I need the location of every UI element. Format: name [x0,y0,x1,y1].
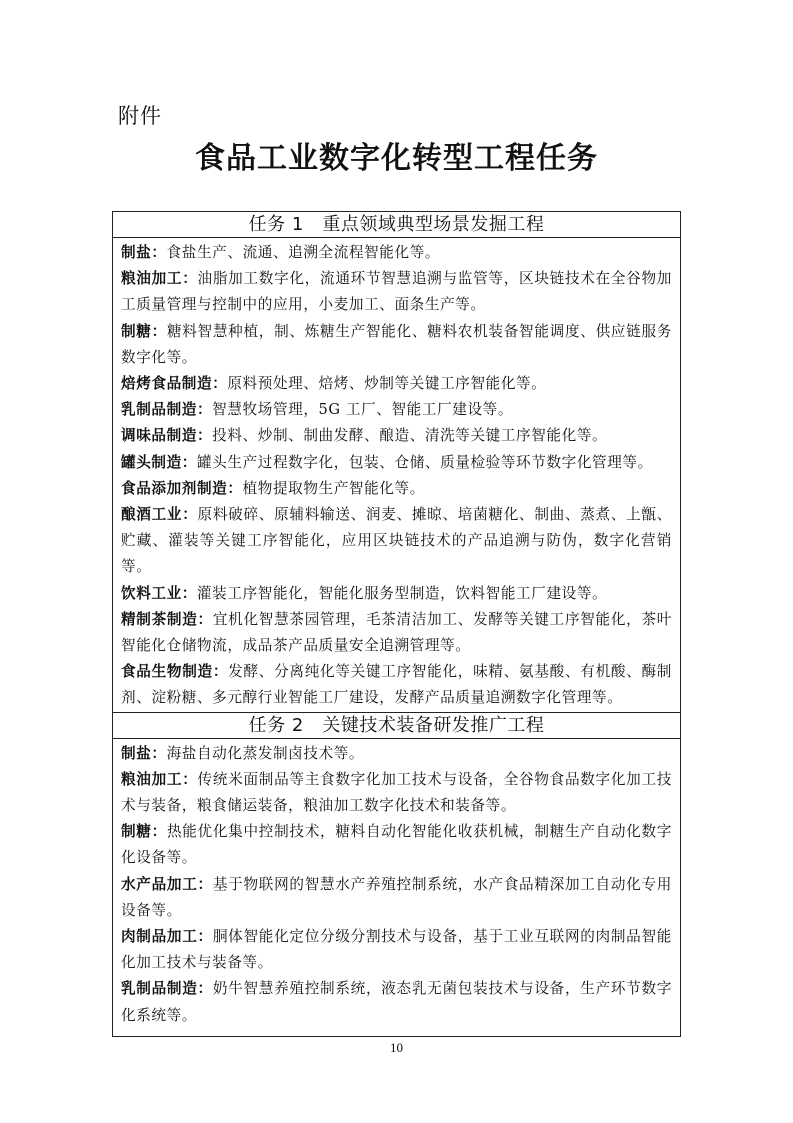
item-text: 原料破碎、原辅料输送、润麦、摊晾、培菌糖化、制曲、蒸煮、上甑、贮藏、灌装等关键工… [121,506,672,575]
task-2-header: 任务 2 关键技术装备研发推广工程 [113,712,680,739]
item-text: 罐头生产过程数字化，包装、仓储、质量检验等环节数字化管理等。 [197,454,653,471]
task-item: 肉制品加工：胴体智能化定位分级分割技术与设备，基于工业互联网的肉制品智能化加工技… [121,924,672,976]
item-label: 食品添加剂制造： [121,480,243,497]
task-1-header: 任务 1 重点领域典型场景发掘工程 [113,212,680,238]
item-text: 糖料智慧种植，制、炼糖生产智能化、糖料农机装备智能调度、供应链服务数字化等。 [121,323,672,366]
task-item: 调味品制造：投料、炒制、制曲发酵、酿造、清洗等关键工序智能化等。 [121,423,672,449]
task-1-content: 制盐：食盐生产、流通、追溯全流程智能化等。 粮油加工：油脂加工数字化，流通环节智… [113,238,680,712]
attachment-label: 附件 [118,100,162,130]
item-label: 粮油加工： [121,771,198,788]
task-item: 食品添加剂制造：植物提取物生产智能化等。 [121,476,672,502]
item-label: 肉制品加工： [121,928,213,945]
item-text: 海盐自动化蒸发制卤技术等。 [167,745,365,762]
item-label: 制盐： [121,745,167,762]
task-item: 制糖：热能优化集中控制技术，糖料自动化智能化收获机械，制糖生产自动化数字化设备等… [121,819,672,871]
task-item: 乳制品制造：奶牛智慧养殖控制系统，液态乳无菌包装技术与设备，生产环节数字化系统等… [121,976,672,1028]
item-label: 制盐： [121,244,167,261]
task-table: 任务 1 重点领域典型场景发掘工程 制盐：食盐生产、流通、追溯全流程智能化等。 … [112,211,681,1037]
task-item: 酿酒工业：原料破碎、原辅料输送、润麦、摊晾、培菌糖化、制曲、蒸煮、上甑、贮藏、灌… [121,502,672,581]
item-text: 食盐生产、流通、追溯全流程智能化等。 [167,244,441,261]
task-item: 食品生物制造：发酵、分离纯化等关键工序智能化，味精、氨基酸、有机酸、酶制剂、淀粉… [121,659,672,711]
task-item: 制盐：海盐自动化蒸发制卤技术等。 [121,741,672,767]
item-text: 热能优化集中控制技术，糖料自动化智能化收获机械，制糖生产自动化数字化设备等。 [121,823,672,866]
item-text: 植物提取物生产智能化等。 [243,480,425,497]
task-item: 精制茶制造：宜机化智慧茶园管理，毛茶清洁加工、发酵等关键工序智能化，茶叶智能化仓… [121,607,672,659]
item-label: 酿酒工业： [121,506,198,523]
task-2-content: 制盐：海盐自动化蒸发制卤技术等。 粮油加工：传统米面制品等主食数字化加工技术与设… [113,739,680,1029]
task-item: 粮油加工：传统米面制品等主食数字化加工技术与设备，全谷物食品数字化加工技术与装备… [121,767,672,819]
item-label: 调味品制造： [121,427,212,444]
item-text: 灌装工序智能化，智能化服务型制造，饮料智能工厂建设等。 [197,585,607,602]
item-label: 粮油加工： [121,270,198,287]
item-label: 乳制品制造： [121,401,212,418]
item-label: 饮料工业： [121,585,197,602]
item-label: 制糖： [121,823,167,840]
item-label: 乳制品制造： [121,980,213,997]
task-item: 制糖：糖料智慧种植，制、炼糖生产智能化、糖料农机装备智能调度、供应链服务数字化等… [121,319,672,371]
item-text: 传统米面制品等主食数字化加工技术与设备，全谷物食品数字化加工技术与装备，粮食储运… [121,771,672,814]
page-number: 10 [0,1040,793,1056]
item-text: 油脂加工数字化，流通环节智慧追溯与监管等，区块链技术在全谷物加工质量管理与控制中… [121,270,672,313]
item-text: 智慧牧场管理，5G 工厂、智能工厂建设等。 [212,401,513,418]
item-text: 投料、炒制、制曲发酵、酿造、清洗等关键工序智能化等。 [212,427,607,444]
task-item: 焙烤食品制造：原料预处理、焙烤、炒制等关键工序智能化等。 [121,371,672,397]
task-item: 水产品加工：基于物联网的智慧水产养殖控制系统，水产食品精深加工自动化专用设备等。 [121,872,672,924]
task-item: 饮料工业：灌装工序智能化，智能化服务型制造，饮料智能工厂建设等。 [121,581,672,607]
task-item: 制盐：食盐生产、流通、追溯全流程智能化等。 [121,240,672,266]
item-label: 精制茶制造： [121,611,213,628]
item-label: 食品生物制造： [121,663,228,680]
task-item: 粮油加工：油脂加工数字化，流通环节智慧追溯与监管等，区块链技术在全谷物加工质量管… [121,266,672,318]
item-label: 制糖： [121,323,167,340]
item-label: 罐头制造： [121,454,197,471]
item-label: 水产品加工： [121,876,213,893]
document-title: 食品工业数字化转型工程任务 [0,133,793,177]
item-label: 焙烤食品制造： [121,375,227,392]
task-item: 乳制品制造：智慧牧场管理，5G 工厂、智能工厂建设等。 [121,397,672,423]
item-text: 原料预处理、焙烤、炒制等关键工序智能化等。 [227,375,546,392]
task-item: 罐头制造：罐头生产过程数字化，包装、仓储、质量检验等环节数字化管理等。 [121,450,672,476]
